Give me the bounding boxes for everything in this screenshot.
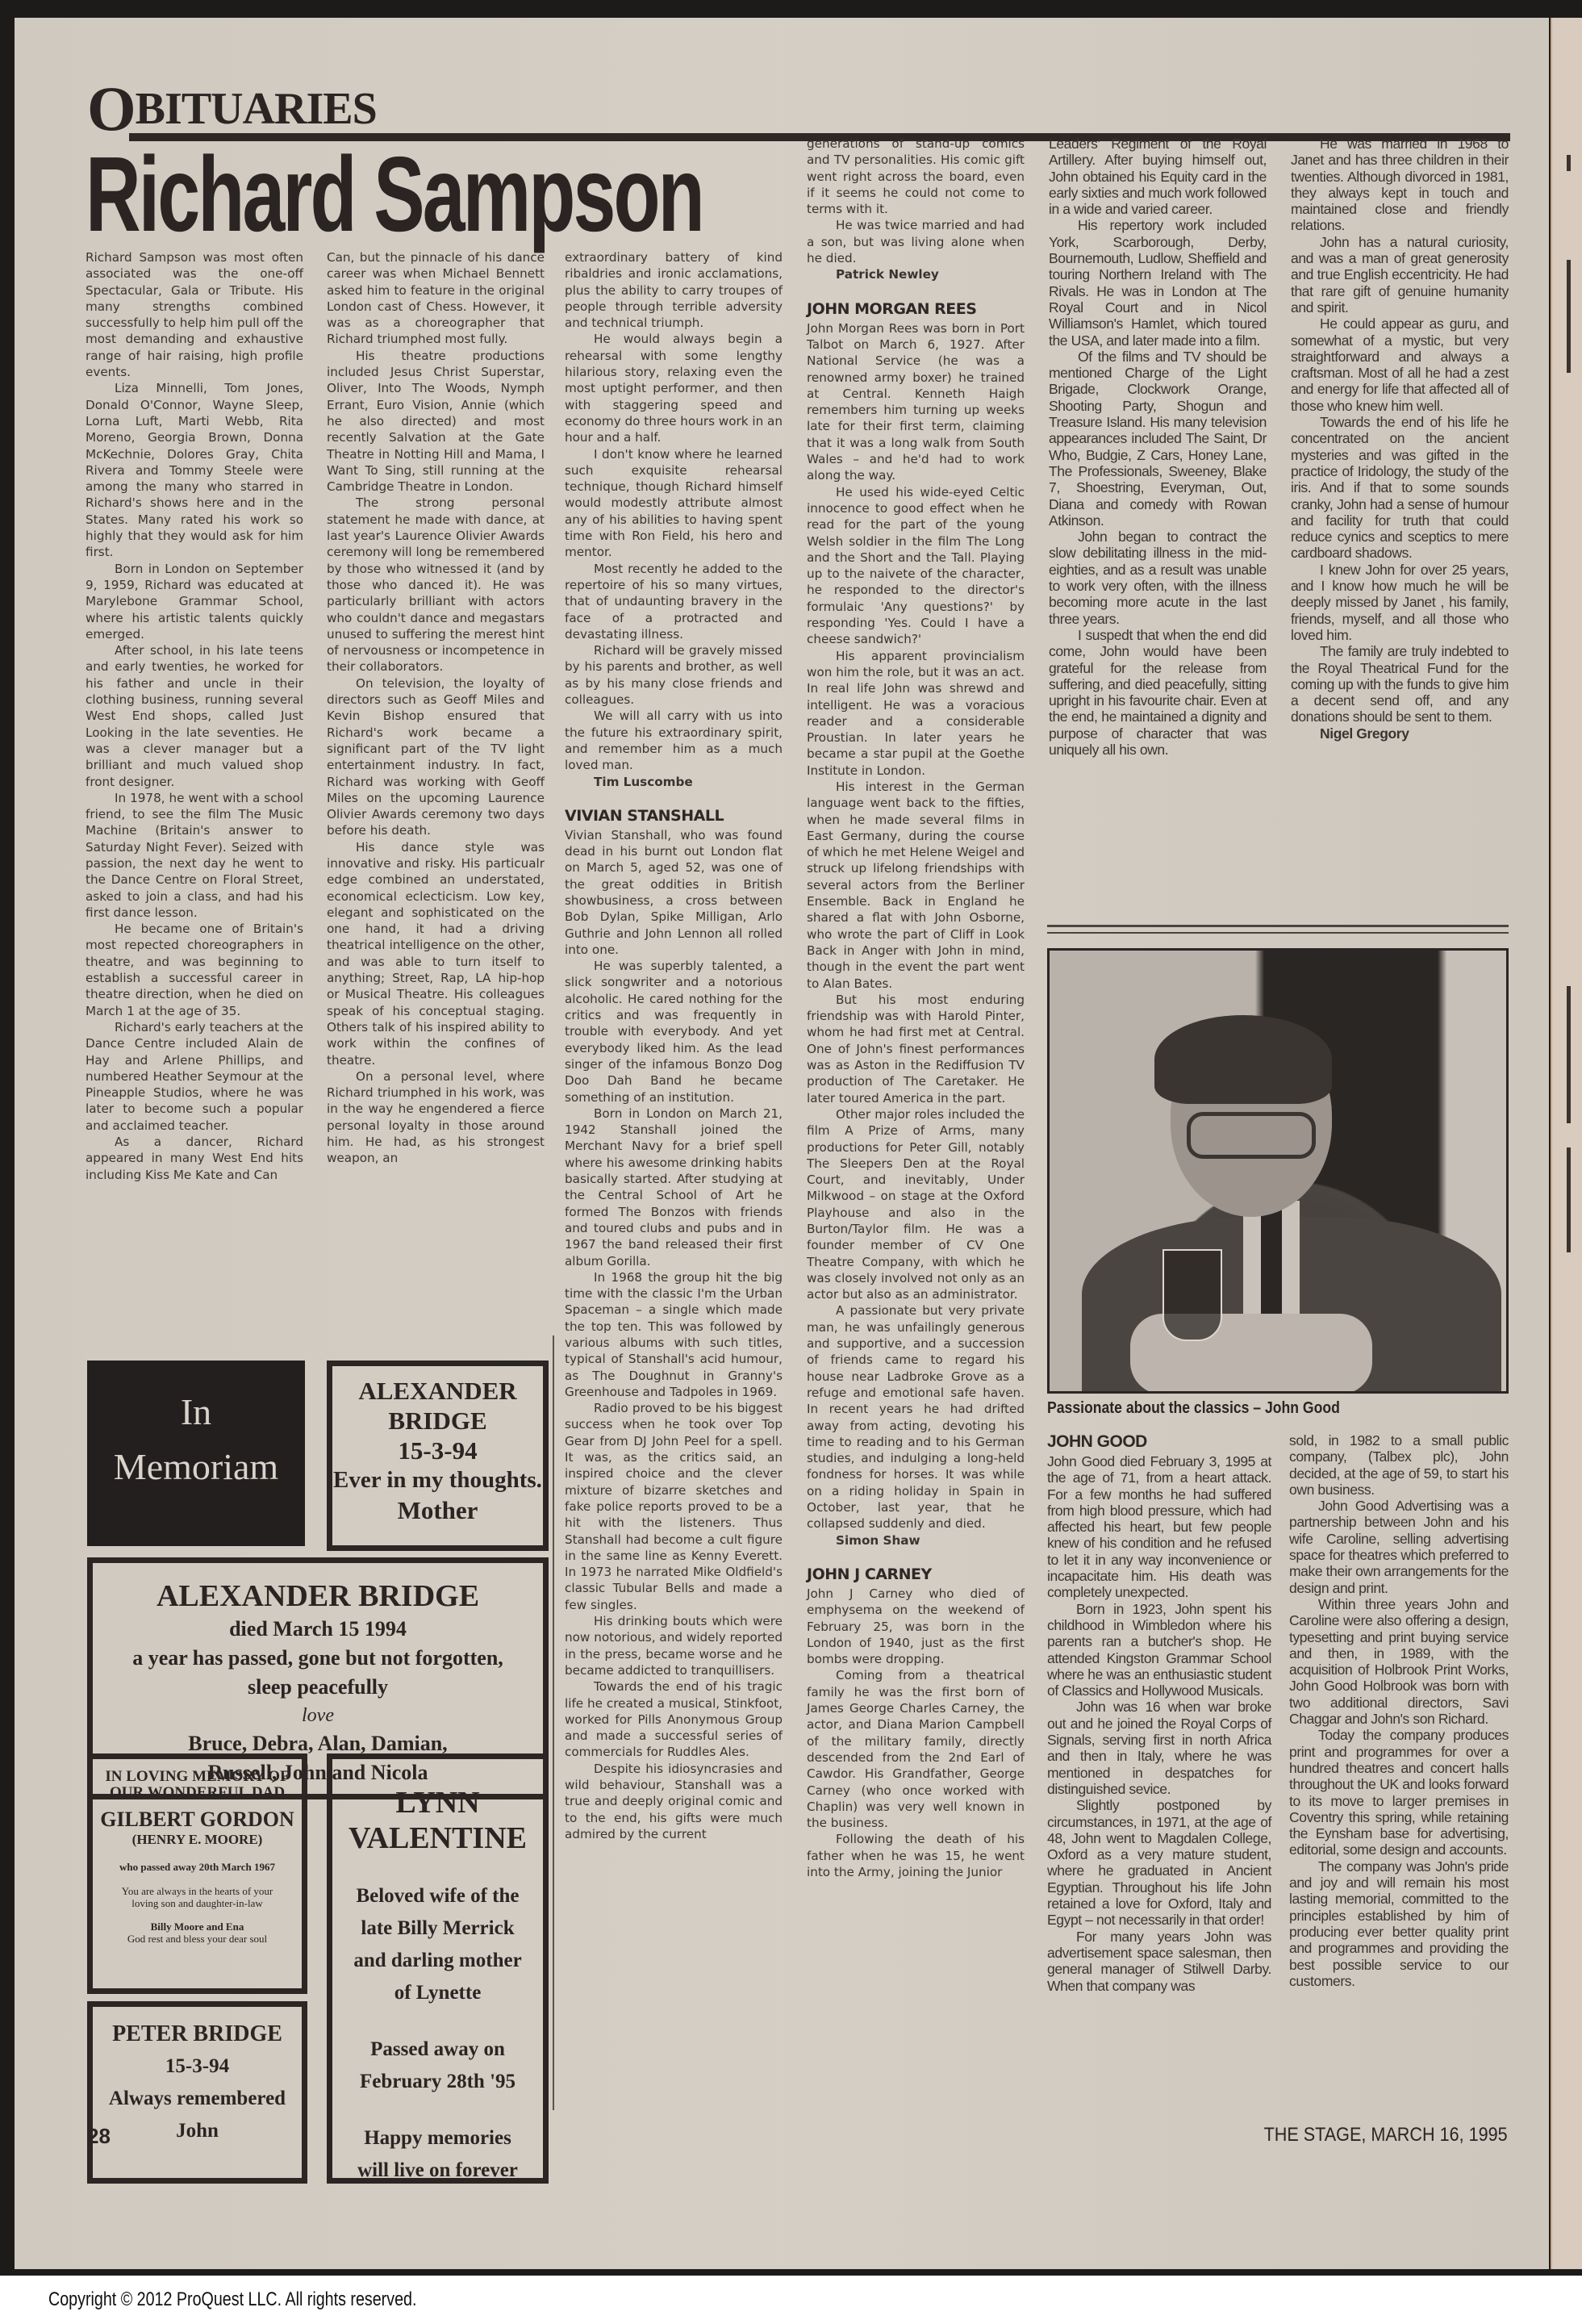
notice-message: sleep peacefully [93, 1673, 543, 1702]
notice-message: Happy memories [332, 2122, 543, 2155]
photo-rule [1047, 925, 1509, 934]
paragraph: He was married in 1968 to Janet and has … [1291, 136, 1509, 234]
paragraph: On television, the loyalty of directors … [327, 675, 545, 839]
section-title-initial: O [87, 73, 136, 144]
notice-alexander-bridge-small: ALEXANDER BRIDGE 15-3-94 Ever in my thou… [327, 1361, 549, 1551]
paragraph: Slightly postponed by circumstances, in … [1047, 1797, 1271, 1928]
headline: Richard Sampson [86, 136, 703, 253]
notice-message: Beloved wife of the [332, 1880, 543, 1912]
notice-from: John [93, 2115, 302, 2147]
notice-message: a year has passed, gone but not forgotte… [93, 1644, 543, 1673]
paragraph: Coming from a theatrical family he was t… [807, 1667, 1025, 1831]
paragraph: A passionate but very private man, he wa… [807, 1302, 1025, 1532]
byline: Simon Shaw [807, 1532, 1025, 1549]
paragraph: We will all carry with us into the futur… [565, 708, 783, 773]
notice-message: will live on forever [332, 2155, 543, 2187]
notice-intro: IN LOVING MEMORY OF [93, 1769, 302, 1785]
paragraph: generations of stand-up comics and TV pe… [807, 136, 1025, 217]
paragraph: His theatre productions included Jesus C… [327, 348, 545, 495]
notice-name: VALENTINE [332, 1820, 543, 1856]
notice-message: and darling mother [332, 1945, 543, 1977]
notice-passed: February 28th '95 [332, 2066, 543, 2098]
paragraph: Vivian Stanshall, who was found dead in … [565, 827, 783, 958]
paragraph: Radio proved to be his biggest success w… [565, 1400, 783, 1613]
paragraph: On a personal level, where Richard trium… [327, 1068, 545, 1167]
paragraph: The company was John's pride and joy and… [1289, 1858, 1509, 1989]
wine-glass-icon [1162, 1249, 1222, 1341]
paragraph: Towards the end of his life he concentra… [1291, 414, 1509, 562]
paragraph: After school, in his late teens and earl… [86, 642, 303, 790]
page-number: 28 [87, 2124, 111, 2149]
paragraph: Born in London on March 21, 1942 Stansha… [565, 1106, 783, 1269]
article-column-2: Can, but the pinnacle of his dance caree… [327, 249, 545, 1167]
notice-message: loving son and daughter-in-law [93, 1897, 302, 1909]
notice-gilbert-gordon: IN LOVING MEMORY OF OUR WONDERFUL DAD GI… [87, 1753, 307, 1994]
paragraph: sold, in 1982 to a small public company,… [1289, 1432, 1509, 1498]
paragraph: Liza Minnelli, Tom Jones, Donald O'Conno… [86, 380, 303, 560]
notice-peter-bridge: PETER BRIDGE 15-3-94 Always remembered J… [87, 2001, 307, 2184]
notice-from: Billy Moore and Ena [93, 1921, 302, 1933]
paragraph: Richard will be gravely missed by his pa… [565, 642, 783, 708]
paragraph: John began to contract the slow debilita… [1049, 529, 1267, 627]
adjacent-page-mark [1567, 260, 1571, 373]
paragraph: His apparent provincialism won him the r… [807, 648, 1025, 779]
paragraph: His interest in the German language went… [807, 779, 1025, 992]
paragraph: Born in 1923, John spent his childhood i… [1047, 1601, 1271, 1699]
byline: Tim Luscombe [565, 774, 783, 790]
adjacent-page-mark [1567, 155, 1571, 171]
paragraph: Within three years John and Caroline wer… [1289, 1596, 1509, 1727]
paragraph: I don't know where he learned such exqui… [565, 446, 783, 561]
in-memoriam-title: In Memoriam [87, 1361, 305, 1546]
paragraph: As a dancer, Richard appeared in many We… [86, 1134, 303, 1183]
publication-dateline: THE STAGE, MARCH 16, 1995 [1264, 2124, 1508, 2146]
notice-message: Always remembered [93, 2083, 302, 2115]
john-good-column-1: JOHN GOOD John Good died February 3, 199… [1047, 1432, 1271, 1994]
paragraph: In 1978, he went with a school friend, t… [86, 790, 303, 921]
article-column-4: generations of stand-up comics and TV pe… [807, 136, 1025, 1880]
paragraph: He would always begin a rehearsal with s… [565, 331, 783, 445]
paragraph: In 1968 the group hit the big time with … [565, 1269, 783, 1400]
notice-date: 15-3-94 [93, 2050, 302, 2083]
notice-name: BRIDGE [332, 1406, 543, 1436]
paragraph: His drinking bouts which were now notori… [565, 1613, 783, 1678]
in-memoriam-line: Memoriam [87, 1440, 305, 1494]
notice-blessing: God rest and bless your dear soul [93, 1933, 302, 1945]
paragraph: Today the company produces print and pro… [1289, 1727, 1509, 1858]
paragraph: He was superbly talented, a slick songwr… [565, 958, 783, 1106]
notice-intro: OUR WONDERFUL DAD [93, 1785, 302, 1801]
paragraph: His dance style was innovative and risky… [327, 839, 545, 1068]
paragraph: John Morgan Rees was born in Port Talbot… [807, 320, 1025, 484]
paragraph: John Good died February 3, 1995 at the a… [1047, 1453, 1271, 1601]
adjacent-page-mark [1567, 986, 1571, 1123]
article-column-3: extraordinary battery of kind ribaldries… [565, 249, 783, 1842]
paragraph: Other major roles included the film A Pr… [807, 1106, 1025, 1303]
notice-message: late Billy Merrick [332, 1912, 543, 1945]
notice-passed: Passed away on [332, 2033, 543, 2066]
john-good-photo [1047, 948, 1509, 1394]
paragraph: Following the death of his father when h… [807, 1831, 1025, 1880]
section-title-rest: BITUARIES [136, 84, 377, 134]
paragraph: The family are truly indebted to the Roy… [1291, 643, 1509, 725]
byline: Nigel Gregory [1291, 725, 1509, 742]
photo-figure-hair [1154, 1015, 1332, 1104]
notice-message: of Lynette [332, 1977, 543, 2009]
adjacent-page-edge [1551, 18, 1582, 2269]
paragraph: He was twice married and had a son, but … [807, 217, 1025, 266]
paragraph: He became one of Britain's most repected… [86, 921, 303, 1019]
paragraph: John Good Advertising was a partnership … [1289, 1498, 1509, 1596]
byline: Patrick Newley [807, 266, 1025, 282]
notice-died: died March 15 1994 [93, 1615, 543, 1644]
paragraph: For many years John was advertisement sp… [1047, 1929, 1271, 1994]
adjacent-page-mark [1567, 1147, 1571, 1252]
notice-name: PETER BRIDGE [93, 2018, 302, 2050]
paragraph: I knew John for over 25 years, and I kno… [1291, 562, 1509, 643]
paragraph: John has a natural curiosity, and was a … [1291, 234, 1509, 316]
paragraph: John J Carney who died of emphysema on t… [807, 1586, 1025, 1667]
paragraph: Most recently he added to the repertoire… [565, 561, 783, 642]
paragraph: He could appear as guru, and somewhat of… [1291, 316, 1509, 414]
notice-from: Mother [332, 1495, 543, 1525]
paragraph: The strong personal statement he made wi… [327, 495, 545, 675]
notice-name: ALEXANDER [332, 1376, 543, 1406]
section-title: OBITUARIES [87, 77, 377, 140]
notice-love: love [93, 1702, 543, 1729]
notice-date: 15-3-94 [332, 1436, 543, 1465]
paragraph: John was 16 when war broke out and he jo… [1047, 1699, 1271, 1797]
paragraph: But his most enduring friendship was wit… [807, 992, 1025, 1106]
notice-message: Ever in my thoughts. [332, 1465, 543, 1495]
paragraph: Of the films and TV should be mentioned … [1049, 349, 1267, 529]
in-memoriam-line: In [87, 1385, 305, 1440]
paragraph: Can, but the pinnacle of his dance caree… [327, 249, 545, 348]
photo-caption: Passionate about the classics – John Goo… [1047, 1399, 1340, 1418]
notice-message: You are always in the hearts of your [93, 1885, 302, 1897]
notice-name: ALEXANDER BRIDGE [93, 1578, 543, 1615]
paragraph: extraordinary battery of kind ribaldries… [565, 249, 783, 331]
article-column-1: Richard Sampson was most often associate… [86, 249, 303, 1183]
article-column-6: He was married in 1968 to Janet and has … [1291, 136, 1509, 742]
obituary-heading: JOHN J CARNEY [807, 1565, 1025, 1584]
paragraph: I suspedt that when the end did come, Jo… [1049, 627, 1267, 758]
copyright-notice: Copyright © 2012 ProQuest LLC. All right… [48, 2288, 416, 2311]
paragraph: Towards the end of his tragic life he cr… [565, 1678, 783, 1760]
article-column-5: Leaders' Regiment of the Royal Artillery… [1049, 136, 1267, 758]
obituary-heading: JOHN GOOD [1047, 1432, 1271, 1452]
obituary-heading: JOHN MORGAN REES [807, 299, 1025, 319]
paragraph: His repertory work included York, Scarbo… [1049, 217, 1267, 348]
paragraph: Leaders' Regiment of the Royal Artillery… [1049, 136, 1267, 217]
notice-alias: (HENRY E. MOORE) [93, 1832, 302, 1848]
paragraph: Born in London on September 9, 1959, Ric… [86, 561, 303, 642]
photo-figure-glasses [1187, 1112, 1316, 1159]
notice-passed: who passed away 20th March 1967 [93, 1861, 302, 1874]
paragraph: He used his wide-eyed Celtic innocence t… [807, 484, 1025, 648]
notice-name: LYNN [332, 1785, 543, 1820]
paragraph: Richard's early teachers at the Dance Ce… [86, 1019, 303, 1134]
notice-lynn-valentine: LYNN VALENTINE Beloved wife of the late … [327, 1753, 549, 2184]
obituary-heading: VIVIAN STANSHALL [565, 806, 783, 826]
paragraph: Richard Sampson was most often associate… [86, 249, 303, 380]
notice-name: GILBERT GORDON [93, 1808, 302, 1832]
column-rule [553, 1335, 554, 2110]
john-good-column-2: sold, in 1982 to a small public company,… [1289, 1432, 1509, 1989]
paragraph: Despite his idiosyncrasies and wild beha… [565, 1761, 783, 1842]
